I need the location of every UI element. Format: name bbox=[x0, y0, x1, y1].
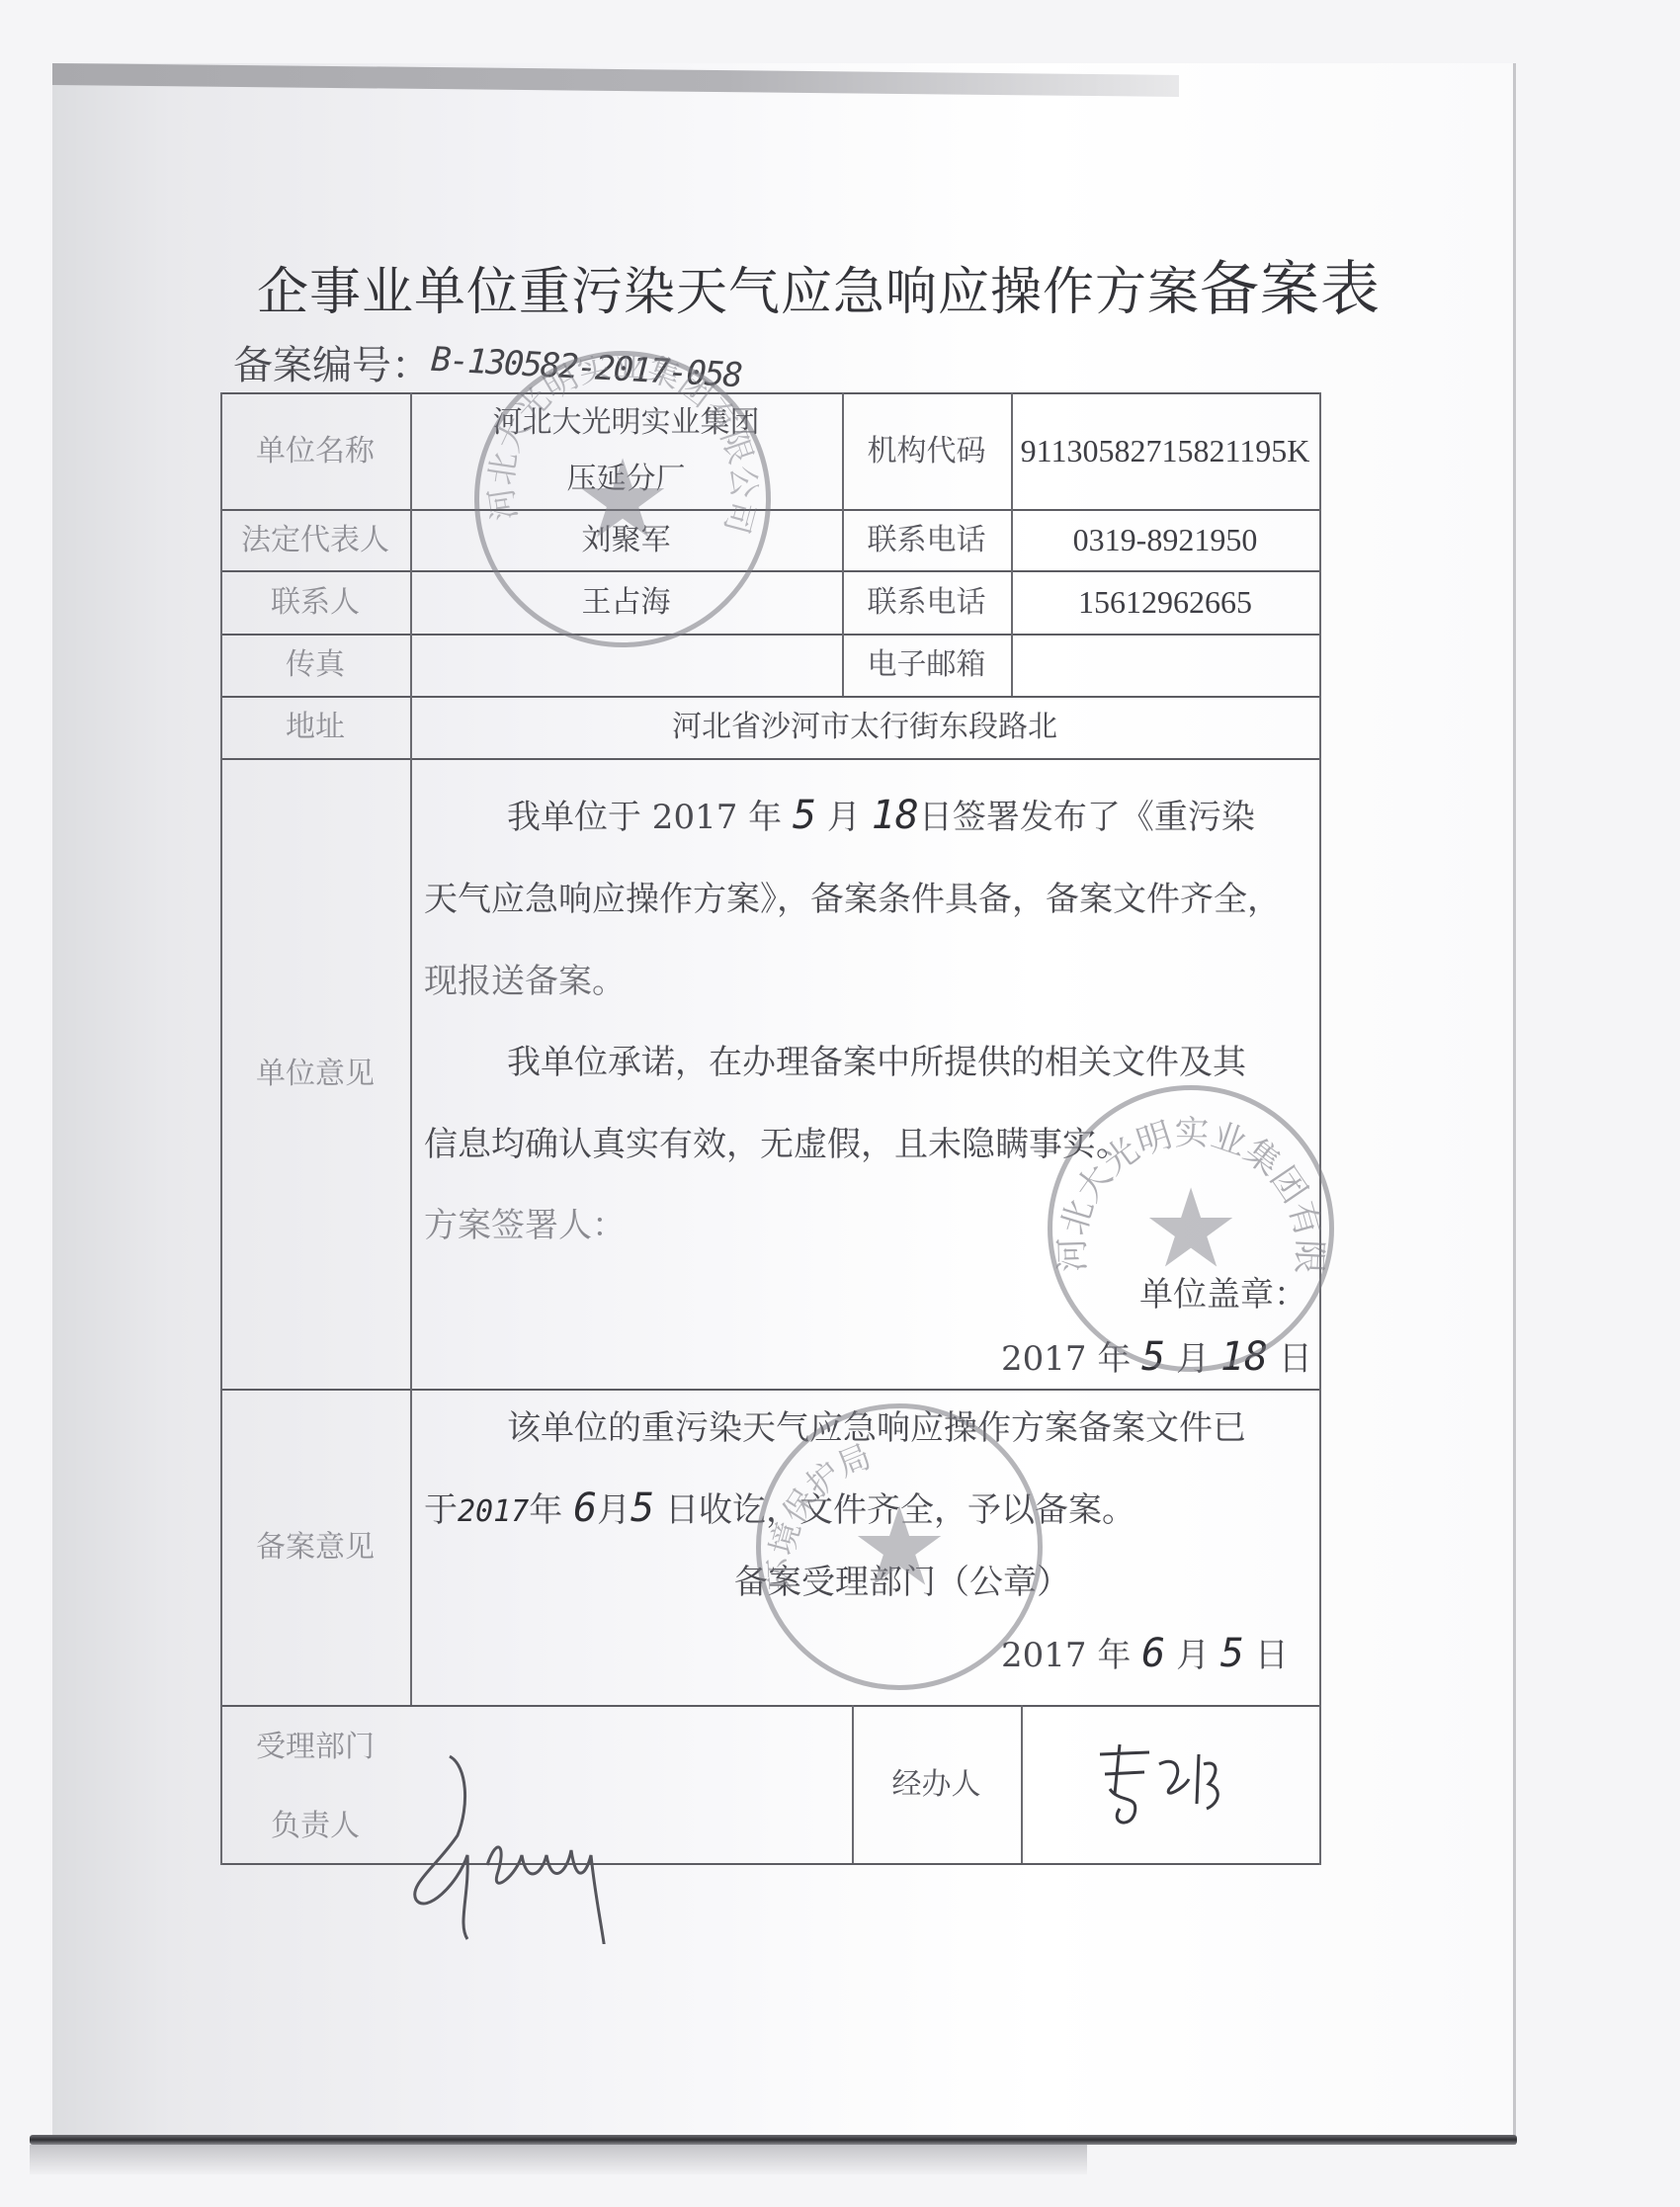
page-bottom-shadow bbox=[30, 2145, 1087, 2174]
label-phone-2: 联系电话 bbox=[842, 570, 1011, 634]
handler-signature bbox=[1090, 1735, 1268, 1843]
handwritten-month: 5 bbox=[1141, 1334, 1165, 1380]
plan-signer-label: 方案签署人： bbox=[424, 1198, 626, 1246]
value-unit-name: 河北大光明实业集团 压延分厂 bbox=[410, 392, 842, 509]
page-bottom-edge bbox=[30, 2135, 1517, 2145]
title-main: 企事业单位重污染天气应急响应操作方案 bbox=[257, 263, 1200, 322]
dept-head-signature bbox=[398, 1746, 655, 1944]
label-legal-rep: 法定代表人 bbox=[220, 509, 410, 570]
unit-seal-label: 单位盖章： bbox=[1139, 1267, 1307, 1316]
unit-opinion-line2: 天气应急响应操作方案》，备案条件具备，备案文件齐全， bbox=[424, 872, 1281, 920]
text: 月 bbox=[597, 1490, 630, 1530]
value-address: 河北省沙河市太行街东段路北 bbox=[410, 696, 1319, 758]
label-contact: 联系人 bbox=[220, 570, 410, 634]
handwritten-day: 5 bbox=[1220, 1631, 1244, 1676]
label-address: 地址 bbox=[220, 696, 410, 758]
value-email bbox=[1011, 634, 1319, 696]
label-dept-head-line1: 受理部门 bbox=[220, 1717, 410, 1776]
handwritten-year: 2017 bbox=[458, 1494, 529, 1529]
unit-opinion-line4: 我单位承诺，在办理备案中所提供的相关文件及其 bbox=[507, 1035, 1246, 1083]
text: 月 bbox=[1176, 1339, 1210, 1379]
text: 我单位于 2017 年 bbox=[507, 798, 782, 837]
handwritten-month: 6 bbox=[1141, 1631, 1165, 1676]
handwritten-day: 18 bbox=[872, 793, 919, 838]
handwritten-day: 18 bbox=[1220, 1334, 1268, 1380]
title-suffix: 备案表 bbox=[1200, 255, 1381, 324]
registration-label: 备案编号： bbox=[233, 343, 431, 388]
handwritten-month: 6 bbox=[573, 1485, 597, 1531]
filing-opinion-line1: 该单位的重污染天气应急响应操作方案备案文件已 bbox=[507, 1401, 1246, 1449]
text: 日签署发布了《重污染 bbox=[919, 798, 1255, 837]
label-unit-name: 单位名称 bbox=[220, 392, 410, 509]
filing-table: 单位名称 河北大光明实业集团 压延分厂 机构代码 911305827158211… bbox=[220, 392, 1321, 1865]
label-handler: 经办人 bbox=[852, 1705, 1021, 1863]
text: 日 bbox=[1279, 1339, 1312, 1379]
label-dept-head-line2: 负责人 bbox=[220, 1796, 410, 1855]
text: 2017 年 bbox=[1001, 1339, 1131, 1379]
value-legal-rep: 刘聚军 bbox=[410, 509, 842, 570]
table-rule bbox=[220, 1705, 1321, 1707]
table-border bbox=[220, 1863, 1321, 1865]
value-org-code: 91130582715821195K bbox=[1011, 392, 1319, 509]
unit-opinion-line1: 我单位于 2017 年 5 月 18日签署发布了《重污染 bbox=[507, 790, 1255, 838]
registration-number: B-130582-2017-058 bbox=[430, 340, 742, 395]
unit-opinion-date: 2017 年 5 月 18 日 bbox=[1001, 1331, 1312, 1380]
table-rule bbox=[1021, 1705, 1023, 1863]
label-email: 电子邮箱 bbox=[842, 634, 1011, 696]
value-phone-1: 0319-8921950 bbox=[1011, 509, 1319, 570]
document-title: 企事业单位重污染天气应急响应操作方案备案表 bbox=[257, 242, 1285, 327]
label-org-code: 机构代码 bbox=[842, 392, 1011, 509]
label-phone-1: 联系电话 bbox=[842, 509, 1011, 570]
label-fax: 传真 bbox=[220, 634, 410, 696]
filing-dept-label: 备案受理部门（公章） bbox=[734, 1555, 1070, 1603]
table-border bbox=[1319, 392, 1321, 1865]
handwritten-day: 5 bbox=[630, 1485, 654, 1531]
label-unit-opinion: 单位意见 bbox=[220, 758, 410, 1389]
filing-opinion-date: 2017 年 6 月 5 日 bbox=[1001, 1628, 1289, 1676]
text: 日 bbox=[1255, 1636, 1289, 1675]
text: 月 bbox=[1176, 1636, 1210, 1675]
filing-opinion-line2: 于2017年 6月5 日收讫，文件齐全，予以备案。 bbox=[424, 1483, 1135, 1531]
unit-opinion-line3: 现报送备案。 bbox=[424, 954, 626, 1002]
value-phone-2: 15612962665 bbox=[1011, 570, 1319, 634]
value-contact: 王占海 bbox=[410, 570, 842, 634]
unit-opinion-line5: 信息均确认真实有效，无虚假，且未隐瞒事实。 bbox=[424, 1117, 1130, 1165]
registration-number-row: 备案编号：B-130582-2017-058 bbox=[233, 334, 741, 390]
label-filing-opinion: 备案意见 bbox=[220, 1389, 410, 1705]
text: 年 bbox=[529, 1490, 562, 1530]
handwritten-month: 5 bbox=[793, 793, 816, 838]
value-fax bbox=[410, 634, 842, 696]
text: 日收讫，文件齐全，予以备案。 bbox=[665, 1490, 1135, 1530]
text: 月 bbox=[827, 798, 861, 837]
text: 2017 年 bbox=[1001, 1636, 1131, 1675]
text: 于 bbox=[424, 1490, 458, 1530]
